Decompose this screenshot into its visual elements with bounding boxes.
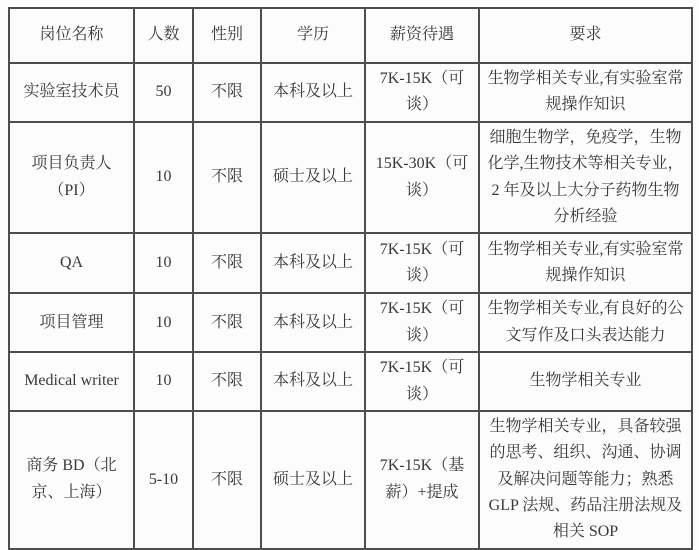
cell-salary: 15K-30K（可谈）: [365, 122, 479, 234]
cell-gender: 不限: [193, 352, 261, 411]
cell-headcount: 10: [134, 122, 193, 234]
cell-position: Medical writer: [9, 352, 134, 411]
cell-position: 商务 BD（北京、上海）: [9, 411, 134, 518]
table-row: 商务 BD（北京、上海） 5-10 不限 硕士及以上 7K-15K（基薪）+提成…: [9, 411, 692, 518]
cell-gender: 不限: [193, 411, 261, 518]
cell-salary: 7K-15K（可谈）: [365, 63, 479, 122]
cell-position: 项目负责人（PI）: [9, 122, 134, 234]
table-row: Medical writer 10 不限 本科及以上 7K-15K（可谈） 生物…: [9, 352, 692, 411]
cell-requirements: 生物学相关专业,有良好的公文写作及口头表达能力: [479, 293, 692, 352]
cell-education: 本科及以上: [261, 233, 365, 293]
cell-headcount: 10: [134, 293, 193, 352]
cell-headcount: 10: [134, 233, 193, 293]
column-header-salary: 薪资待遇: [365, 8, 479, 63]
cell-requirements: 生物学相关专业,有实验室常规操作知识: [479, 233, 692, 293]
cell-headcount: 5-10: [134, 411, 193, 518]
cell-requirements: 生物学相关专业: [479, 352, 692, 411]
column-header-position: 岗位名称: [9, 8, 134, 63]
table-header-row: 岗位名称 人数 性别 学历 薪资待遇 要求: [9, 8, 692, 63]
cell-position: QA: [9, 233, 134, 293]
cell-headcount: 50: [134, 63, 193, 122]
table-row: 项目管理 10 不限 本科及以上 7K-15K（可谈） 生物学相关专业,有良好的…: [9, 293, 692, 352]
cell-gender: 不限: [193, 122, 261, 234]
cell-education: 硕士及以上: [261, 122, 365, 234]
table-row: QA 10 不限 本科及以上 7K-15K（可谈） 生物学相关专业,有实验室常规…: [9, 233, 692, 293]
cell-education: 本科及以上: [261, 293, 365, 352]
column-header-requirements: 要求: [479, 8, 692, 63]
cell-education: 本科及以上: [261, 63, 365, 122]
cell-requirements: 生物学相关专业,有实验室常规操作知识: [479, 63, 692, 122]
cell-requirements: 生物学相关专业，具备较强的思考、组织、沟通、协调及解决问题等能力；熟悉 GLP …: [479, 411, 692, 518]
cell-education: 硕士及以上: [261, 411, 365, 518]
cell-gender: 不限: [193, 63, 261, 122]
job-table-container: 岗位名称 人数 性别 学历 薪资待遇 要求 实验室技术员 50 不限 本科及以上…: [8, 7, 691, 518]
cell-position: 项目管理: [9, 293, 134, 352]
column-header-gender: 性别: [193, 8, 261, 63]
table-row: 实验室技术员 50 不限 本科及以上 7K-15K（可谈） 生物学相关专业,有实…: [9, 63, 692, 122]
table-row: 项目负责人（PI） 10 不限 硕士及以上 15K-30K（可谈） 细胞生物学，…: [9, 122, 692, 234]
cell-headcount: 10: [134, 352, 193, 411]
cell-gender: 不限: [193, 293, 261, 352]
cell-salary: 7K-15K（基薪）+提成: [365, 411, 479, 518]
column-header-education: 学历: [261, 8, 365, 63]
column-header-headcount: 人数: [134, 8, 193, 63]
cell-salary: 7K-15K（可谈）: [365, 352, 479, 411]
cell-gender: 不限: [193, 233, 261, 293]
cell-salary: 7K-15K（可谈）: [365, 293, 479, 352]
cell-requirements: 细胞生物学，免疫学，生物化学,生物技术等相关专业，2 年及以上大分子药物生物分析…: [479, 122, 692, 234]
cell-position: 实验室技术员: [9, 63, 134, 122]
cell-education: 本科及以上: [261, 352, 365, 411]
job-table: 岗位名称 人数 性别 学历 薪资待遇 要求 实验室技术员 50 不限 本科及以上…: [8, 7, 693, 518]
cell-salary: 7K-15K（可谈）: [365, 233, 479, 293]
